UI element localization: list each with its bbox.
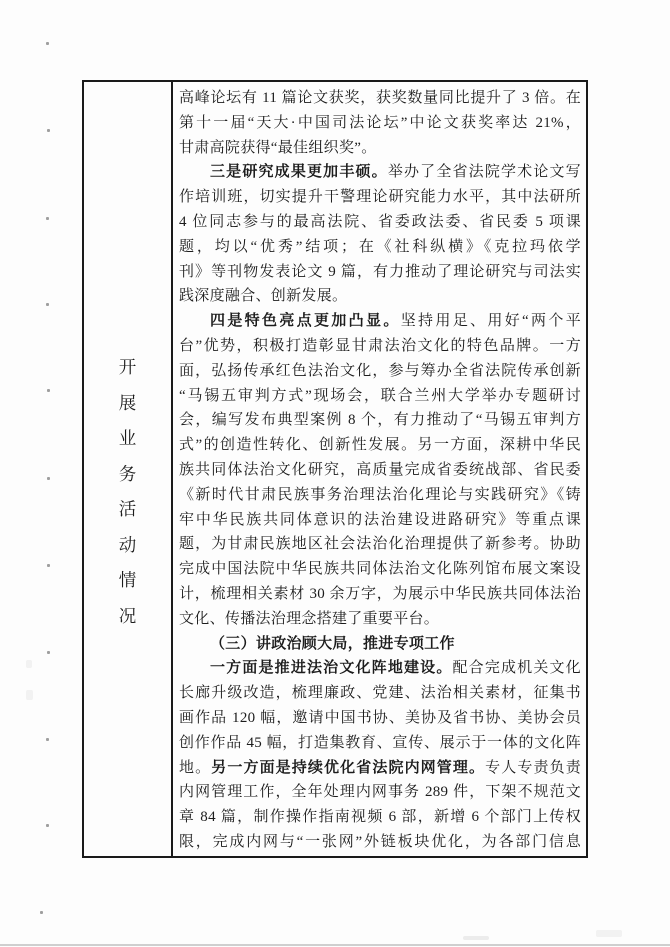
- scan-page-edge: [0, 944, 670, 946]
- text-segment: 会，编写发布典型案例 8 个，有力推动了“马锡五审判方: [179, 412, 581, 428]
- scan-speck: [46, 303, 49, 306]
- text-line: 限，完成内网与“一张网”外链板块优化，为各部门信息: [179, 830, 581, 855]
- text-line: 章 84 篇，制作操作指南视频 6 部，新增 6 个部门上传权: [179, 805, 581, 830]
- text-line: 文化、传播法治理念搭建了重要平台。: [179, 607, 581, 632]
- content-cell: 高峰论坛有 11 篇论文获奖，获奖数量同比提升了 3 倍。在第十一届“天大·中国…: [173, 82, 586, 856]
- text-line: 三是研究成果更加丰硕。举办了全省法院学术论文写: [179, 160, 581, 185]
- scan-smudge: [26, 690, 33, 700]
- text-segment: 刊》等刊物发表论文 9 篇，有力推动了理论研究与司法实: [179, 264, 581, 280]
- text-segment: 四是特色亮点更加凸显。: [210, 313, 401, 329]
- header-char: 情: [84, 563, 171, 599]
- scan-speck: [40, 911, 43, 914]
- text-line: 画作品 120 幅，邀请中国书协、美协及省书协、美协会员: [179, 706, 581, 731]
- scan-speck: [46, 42, 49, 45]
- text-segment: 践深度融合、创新发展。: [179, 288, 347, 304]
- text-segment: 完成中国法院中华民族共同体法治文化陈列馆布展文案设: [179, 561, 581, 577]
- text-line: 内网管理工作，全年处理内网事务 289 件，下架不规范文: [179, 780, 581, 805]
- row-header-cell: 开展业务活动情况: [84, 82, 173, 856]
- text-segment: 坚持用足、用好“两个平: [401, 313, 581, 329]
- header-char: 动: [84, 528, 171, 564]
- text-segment: 作培训班，切实提升干警理论研究能力水平，其中法研所: [179, 189, 581, 205]
- text-segment: 长廊升级改造，梳理廉政、党建、法治相关素材，征集书: [179, 685, 581, 701]
- text-line: 刊》等刊物发表论文 9 篇，有力推动了理论研究与司法实: [179, 260, 581, 285]
- text-segment: 配合完成机关文化: [453, 660, 581, 676]
- text-line: 牢中华民族共同体意识的法治建设进路研究》等重点课: [179, 508, 581, 533]
- scan-speck: [47, 564, 50, 567]
- text-line: 作培训班，切实提升干警理论研究能力水平，其中法研所: [179, 185, 581, 210]
- text-line: 践深度融合、创新发展。: [179, 284, 581, 309]
- text-line: 式”的创造性转化、创新性发展。另一方面，深耕中华民: [179, 433, 581, 458]
- text-segment: “马锡五审判方式”现场会，联合兰州大学举办专题研讨: [179, 388, 581, 404]
- text-line: 一方面是推进法治文化阵地建设。配合完成机关文化: [179, 656, 581, 681]
- text-segment: 牢中华民族共同体意识的法治建设进路研究》等重点课: [179, 512, 581, 528]
- text-line: 4 位同志参与的最高法院、省委政法委、省民委 5 项课: [179, 210, 581, 235]
- text-line: 题，为甘肃民族地区社会法治化治理提供了新参考。协助: [179, 532, 581, 557]
- header-char: 务: [84, 457, 171, 493]
- text-segment: 题，均以“优秀”结项；在《社科纵横》《克拉玛依学: [179, 239, 581, 255]
- text-segment: 题，为甘肃民族地区社会法治化治理提供了新参考。协助: [179, 536, 581, 552]
- text-line: “马锡五审判方式”现场会，联合兰州大学举办专题研讨: [179, 384, 581, 409]
- scan-speck: [47, 389, 50, 392]
- text-segment: 式”的创造性转化、创新性发展。另一方面，深耕中华民: [179, 437, 581, 453]
- text-segment: 画作品 120 幅，邀请中国书协、美协及省书协、美协会员: [179, 710, 581, 726]
- text-line: 甘肃高院获得“最佳组织奖”。: [179, 136, 581, 161]
- scan-speck: [46, 824, 49, 827]
- text-line: 面，弘扬传承红色法治文化，参与筹办全省法院传承创新: [179, 359, 581, 384]
- text-line: 《新时代甘肃民族事务治理法治化理论与实践研究》《铸: [179, 483, 581, 508]
- text-segment: 4 位同志参与的最高法院、省委政法委、省民委 5 项课: [179, 214, 581, 230]
- scan-speck: [47, 129, 50, 132]
- scan-speck: [47, 477, 50, 480]
- scanned-page: 开展业务活动情况 高峰论坛有 11 篇论文获奖，获奖数量同比提升了 3 倍。在第…: [0, 0, 670, 947]
- text-line: 高峰论坛有 11 篇论文获奖，获奖数量同比提升了 3 倍。在: [179, 86, 581, 111]
- scan-speck: [46, 217, 49, 220]
- header-char: 业: [84, 421, 171, 457]
- text-segment: 限，完成内网与“一张网”外链板块优化，为各部门信息: [179, 834, 581, 850]
- text-line: 完成中国法院中华民族共同体法治文化陈列馆布展文案设: [179, 557, 581, 582]
- text-segment: 地。: [179, 760, 211, 776]
- text-line: 题，均以“优秀”结项；在《社科纵横》《克拉玛依学: [179, 235, 581, 260]
- text-line: 台”优势，积极打造彰显甘肃法治文化的特色品牌。一方: [179, 334, 581, 359]
- text-segment: 另一方面是持续优化省法院内网管理。: [211, 760, 485, 776]
- text-segment: 台”优势，积极打造彰显甘肃法治文化的特色品牌。一方: [179, 338, 581, 354]
- text-line: 族共同体法治文化研究，高质量完成省委统战部、省民委: [179, 458, 581, 483]
- text-segment: 甘肃高院获得“最佳组织奖”。: [179, 140, 377, 156]
- text-segment: 面，弘扬传承红色法治文化，参与筹办全省法院传承创新: [179, 363, 581, 379]
- text-segment: 第十一届“天大·中国司法论坛”中论文获奖率达 21%，: [179, 115, 581, 131]
- header-char: 活: [84, 492, 171, 528]
- text-line: 第十一届“天大·中国司法论坛”中论文获奖率达 21%，: [179, 111, 581, 136]
- text-segment: 三是研究成果更加丰硕。: [210, 164, 388, 180]
- text-line: 地。另一方面是持续优化省法院内网管理。专人专责负责: [179, 756, 581, 781]
- text-line: 四是特色亮点更加凸显。坚持用足、用好“两个平: [179, 309, 581, 334]
- scan-smudge: [463, 936, 489, 940]
- text-line: 计，梳理相关素材 30 余万字，为展示中华民族共同体法治: [179, 582, 581, 607]
- scan-speck: [46, 738, 49, 741]
- header-char: 开: [84, 350, 171, 386]
- text-segment: 创作作品 45 幅，打造集教育、宣传、展示于一体的文化阵: [179, 735, 581, 751]
- text-segment: （三）讲政治顾大局，推进专项工作: [210, 636, 455, 652]
- scan-smudge: [596, 930, 622, 937]
- text-segment: 文化、传播法治理念搭建了重要平台。: [179, 611, 439, 627]
- text-segment: 举办了全省法院学术论文写: [388, 164, 581, 180]
- header-char: 展: [84, 386, 171, 422]
- text-line: （三）讲政治顾大局，推进专项工作: [179, 632, 581, 657]
- text-segment: 内网管理工作，全年处理内网事务 289 件，下架不规范文: [179, 784, 581, 800]
- text-segment: 计，梳理相关素材 30 余万字，为展示中华民族共同体法治: [179, 586, 581, 602]
- text-segment: 专人专责负责: [485, 760, 581, 776]
- row-header-text: 开展业务活动情况: [84, 350, 171, 634]
- text-segment: 《新时代甘肃民族事务治理法治化理论与实践研究》《铸: [179, 487, 581, 503]
- scan-smudge: [26, 660, 32, 668]
- text-segment: 高峰论坛有 11 篇论文获奖，获奖数量同比提升了 3 倍。在: [179, 90, 581, 106]
- text-line: 创作作品 45 幅，打造集教育、宣传、展示于一体的文化阵: [179, 731, 581, 756]
- text-line: 长廊升级改造，梳理廉政、党建、法治相关素材，征集书: [179, 681, 581, 706]
- text-segment: 族共同体法治文化研究，高质量完成省委统战部、省民委: [179, 462, 581, 478]
- text-segment: 章 84 篇，制作操作指南视频 6 部，新增 6 个部门上传权: [179, 809, 581, 825]
- text-segment: 一方面是推进法治文化阵地建设。: [210, 660, 453, 676]
- header-char: 况: [84, 599, 171, 635]
- scan-speck: [47, 651, 50, 654]
- text-line: 会，编写发布典型案例 8 个，有力推动了“马锡五审判方: [179, 408, 581, 433]
- report-table: 开展业务活动情况 高峰论坛有 11 篇论文获奖，获奖数量同比提升了 3 倍。在第…: [82, 80, 588, 858]
